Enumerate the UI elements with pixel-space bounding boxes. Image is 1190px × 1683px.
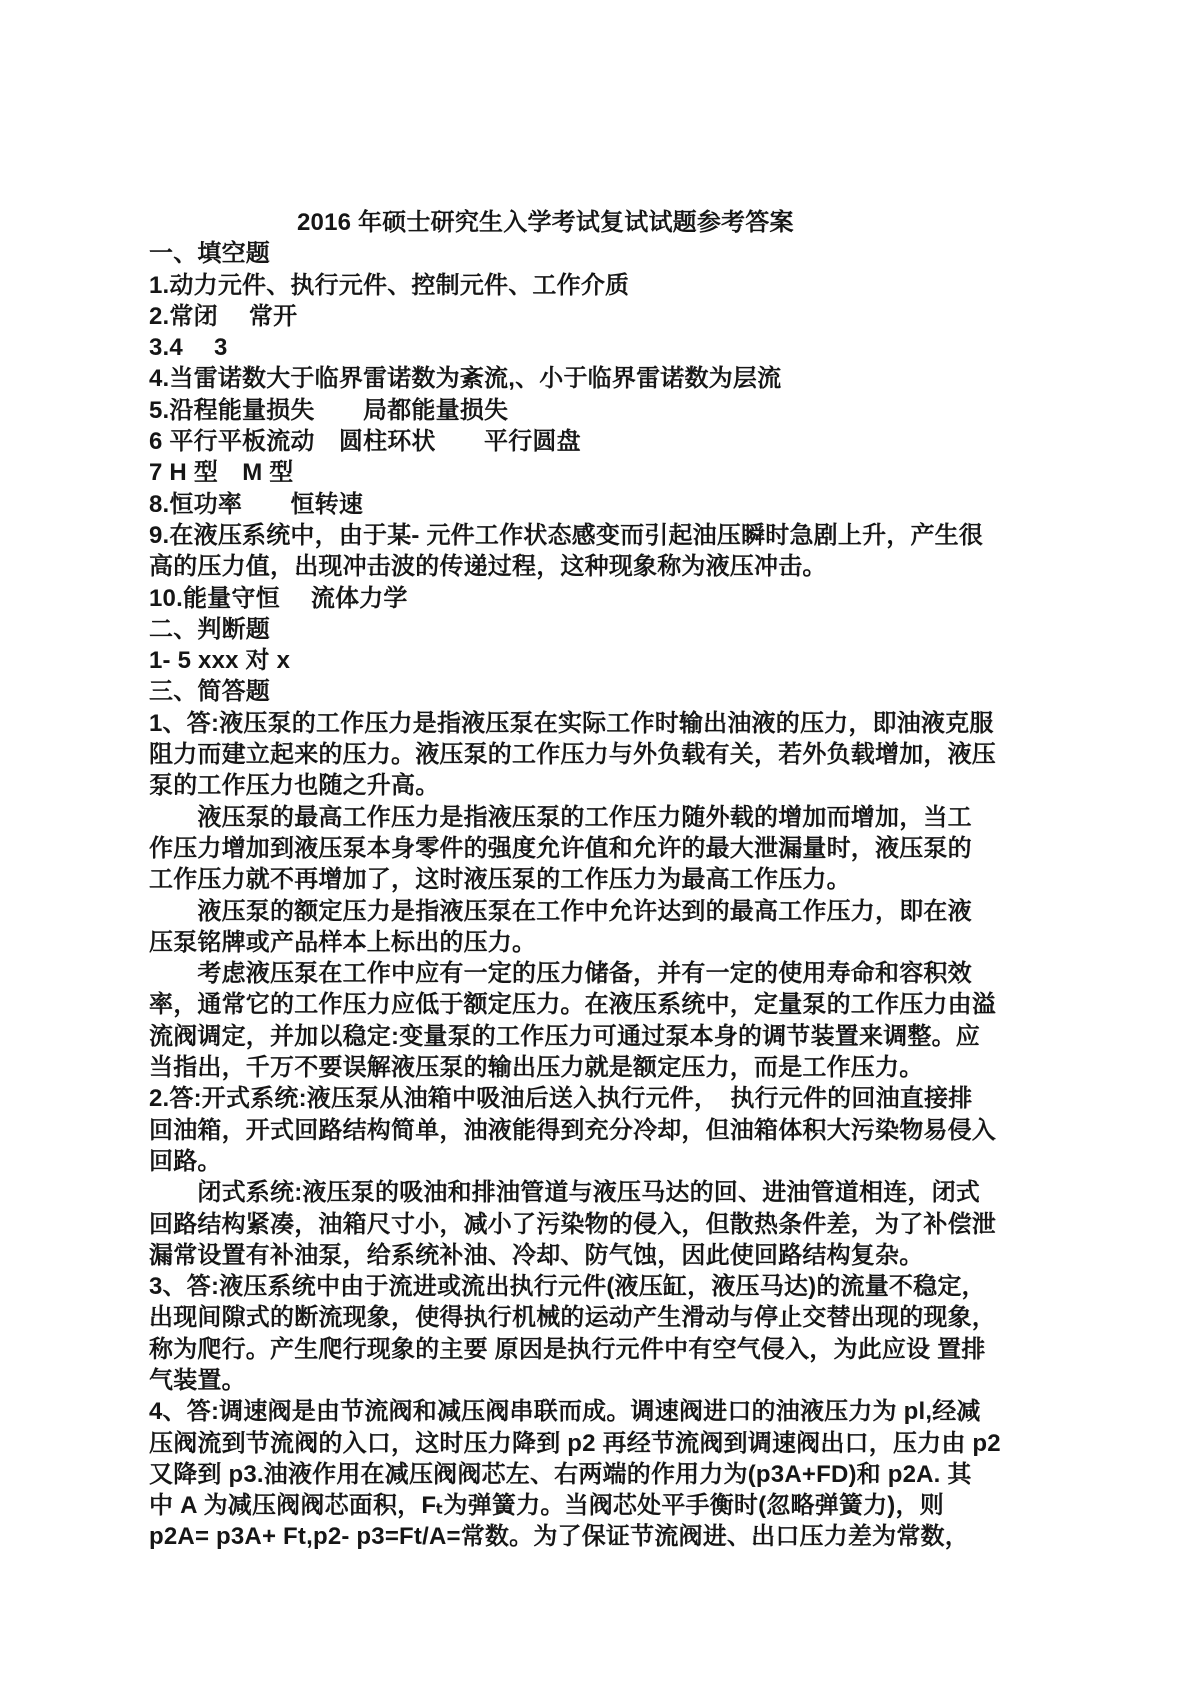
doc-line: p2A= p3A+ Ft,p2- p3=Ft/A=常数。为了保证节流阀进、出口压… [149,1521,1009,1552]
doc-line: 液压泵的最高工作压力是指液压泵的工作压力随外载的增加而增加，当工 [149,802,1009,833]
doc-line: 考虑液压泵在工作中应有一定的压力储备，并有一定的使用寿命和容积效 [149,958,1009,989]
doc-line: 8.恒功率 恒转速 [149,489,1009,520]
document-title: 2016 年硕士研究生入学考试复试试题参考答案 [297,207,1009,238]
doc-line: 称为爬行。产生爬行现象的主要 原因是执行元件中有空气侵入，为此应设 置排 [149,1334,1009,1365]
doc-line: 流阀调定，并加以稳定:变量泵的工作压力可通过泵本身的调节装置来调整。应 [149,1021,1009,1052]
doc-line: 1、答:液压泵的工作压力是指液压泵在实际工作时输出油液的压力，即油液克服 [149,708,1009,739]
doc-line: 压阀流到节流阀的入口，这时压力降到 p2 再经节流阀到调速阀出口，压力由 p2 [149,1428,1009,1459]
doc-line: 4、答:调速阀是由节流阀和减压阀串联而成。调速阀进口的油液压力为 pl,经减 [149,1396,1009,1427]
doc-line: 2.常闭 常开 [149,301,1009,332]
document: 2016 年硕士研究生入学考试复试试题参考答案 一、填空题1.动力元件、执行元件… [149,207,1009,1553]
doc-line: 高的压力值，出现冲击波的传递过程，这种现象称为液压冲击。 [149,551,1009,582]
doc-line: 作压力增加到液压泵本身零件的强度允许值和允许的最大泄漏量时，液压泵的 [149,833,1009,864]
doc-line: 当指出，千万不要误解液压泵的输出压力就是额定压力，而是工作压力。 [149,1052,1009,1083]
doc-line: 泵的工作压力也随之升高。 [149,770,1009,801]
doc-line: 5.沿程能量损失 局都能量损失 [149,395,1009,426]
doc-line: 6 平行平板流动 圆柱环状 平行圆盘 [149,426,1009,457]
doc-line: 闭式系统:液压泵的吸油和排油管道与液压马达的回、进油管道相连，闭式 [149,1177,1009,1208]
doc-line: 一、填空题 [149,238,1009,269]
doc-line: 出现间隙式的断流现象，使得执行机械的运动产生滑动与停止交替出现的现象， [149,1302,1009,1333]
doc-line: 工作压力就不再增加了，这时液压泵的工作压力为最高工作压力。 [149,864,1009,895]
doc-line: 液压泵的额定压力是指液压泵在工作中允许达到的最高工作压力，即在液 [149,896,1009,927]
document-page: 2016 年硕士研究生入学考试复试试题参考答案 一、填空题1.动力元件、执行元件… [0,0,1190,1683]
doc-line: 9.在液压系统中，由于某- 元件工作状态感变而引起油压瞬时急剧上升，产生很 [149,520,1009,551]
document-body: 一、填空题1.动力元件、执行元件、控制元件、工作介质2.常闭 常开3.4 34.… [149,238,1009,1552]
doc-line: 3、答:液压系统中由于流进或流出执行元件(液压缸，液压马达)的流量不稳定， [149,1271,1009,1302]
doc-line: 10.能量守恒 流体力学 [149,583,1009,614]
doc-line: 率，通常它的工作压力应低于额定压力。在液压系统中，定量泵的工作压力由溢 [149,989,1009,1020]
doc-line: 回路。 [149,1146,1009,1177]
doc-line: 气装置。 [149,1365,1009,1396]
doc-line: 二、判断题 [149,614,1009,645]
doc-line: 1.动力元件、执行元件、控制元件、工作介质 [149,270,1009,301]
doc-line: 回路结构紧凑，油箱尺寸小，减小了污染物的侵入，但散热条件差，为了补偿泄 [149,1209,1009,1240]
doc-line: 漏常设置有补油泵，给系统补油、冷却、防气蚀，因此使回路结构复杂。 [149,1240,1009,1271]
doc-line: 阻力而建立起来的压力。液压泵的工作压力与外负载有关，若外负载增加，液压 [149,739,1009,770]
doc-line: 三、简答题 [149,676,1009,707]
doc-line: 回油箱，开式回路结构简单，油液能得到充分冷却，但油箱体积大污染物易侵入 [149,1115,1009,1146]
doc-line: 中 A 为减压阀阀芯面积，Fₜ为弹簧力。当阀芯处平手衡时(忽略弹簧力)，则 [149,1490,1009,1521]
doc-line: 3.4 3 [149,332,1009,363]
doc-line: 压泵铭牌或产品样本上标出的压力。 [149,927,1009,958]
doc-line: 2.答:开式系统:液压泵从油箱中吸油后送入执行元件， 执行元件的回油直接排 [149,1083,1009,1114]
doc-line: 7 H 型 M 型 [149,457,1009,488]
doc-line: 4.当雷诺数大于临界雷诺数为紊流,、小于临界雷诺数为层流 [149,363,1009,394]
doc-line: 又降到 p3.油液作用在减压阀阀芯左、右两端的作用力为(p3A+FD)和 p2A… [149,1459,1009,1490]
doc-line: 1- 5 xxx 对 x [149,645,1009,676]
